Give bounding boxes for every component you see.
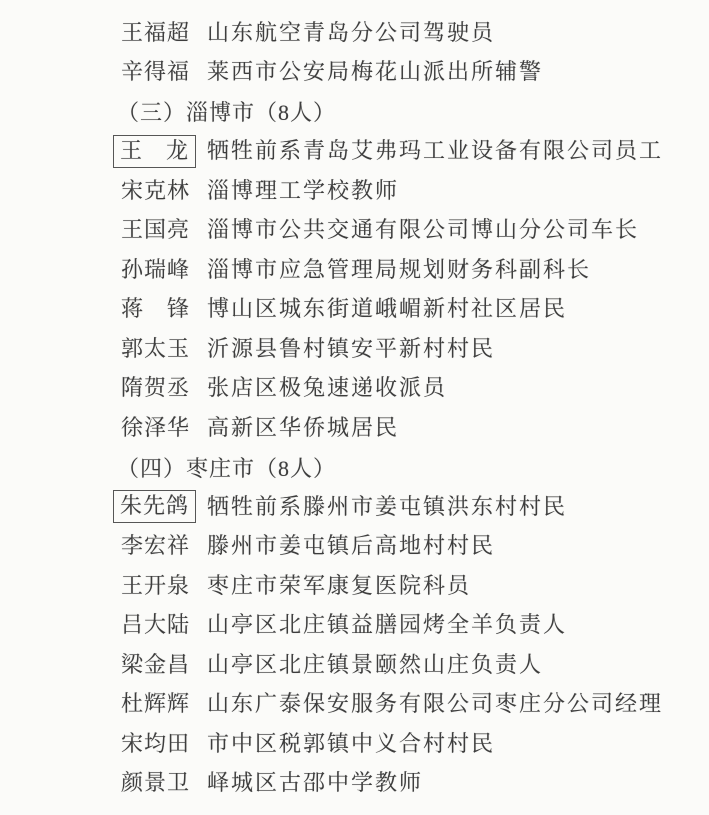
person-name: 王开泉 xyxy=(121,573,190,599)
roster-row: 王开泉 枣庄市荣军康复医院科员 xyxy=(0,566,709,606)
person-name: 杜辉辉 xyxy=(121,691,190,717)
person-name-cell: 杜辉辉 xyxy=(121,691,197,717)
roster-row: 徐泽华 高新区华侨城居民 xyxy=(0,408,709,448)
person-name-cell: 蒋 锋 xyxy=(121,296,197,322)
person-name: 王 龙 xyxy=(113,135,196,168)
person-name-cell: 隋贺丞 xyxy=(121,375,197,401)
person-name: 徐泽华 xyxy=(121,415,190,441)
person-name-cell: 颜景卫 xyxy=(121,770,197,796)
person-description: 牺牲前系青岛艾弗玛工业设备有限公司员工 xyxy=(207,138,663,164)
person-name: 宋克林 xyxy=(121,178,190,204)
person-name-cell: 梁金昌 xyxy=(121,652,197,678)
person-description: 淄博市应急管理局规划财务科副科长 xyxy=(207,257,591,283)
person-description: 山东广泰保安服务有限公司枣庄分公司经理 xyxy=(207,691,663,717)
person-name-cell: 辛得福 xyxy=(121,59,197,85)
section-heading-row: （三）淄博市（8人） xyxy=(0,92,709,132)
roster-row: 蒋 锋 博山区城东街道峨嵋新村社区居民 xyxy=(0,290,709,330)
person-description: 山亭区北庄镇益膳园烤全羊负责人 xyxy=(207,612,567,638)
roster-row: 李宏祥 滕州市姜屯镇后高地村村民 xyxy=(0,527,709,567)
person-name: 孙瑞峰 xyxy=(121,257,190,283)
roster-row: 隋贺丞 张店区极兔速递收派员 xyxy=(0,369,709,409)
roster-row: 王福超 山东航空青岛分公司驾驶员 xyxy=(0,13,709,53)
person-description: 张店区极兔速递收派员 xyxy=(207,375,447,401)
section-heading-row: （四）枣庄市（8人） xyxy=(0,448,709,488)
person-name-cell: 王 龙 xyxy=(121,135,197,168)
roster-row: 孙瑞峰 淄博市应急管理局规划财务科副科长 xyxy=(0,250,709,290)
person-name: 李宏祥 xyxy=(121,533,190,559)
roster-row: 梁金昌 山亭区北庄镇景颐然山庄负责人 xyxy=(0,645,709,685)
person-name: 王福超 xyxy=(121,20,190,46)
person-description: 莱西市公安局梅花山派出所辅警 xyxy=(207,59,543,85)
person-name-cell: 徐泽华 xyxy=(121,415,197,441)
section-label: （四）枣庄市（8人） xyxy=(117,452,336,483)
person-name: 蒋 锋 xyxy=(121,296,190,322)
person-name-cell: 郭太玉 xyxy=(121,336,197,362)
person-name: 朱先鸽 xyxy=(113,490,196,523)
person-description: 淄博理工学校教师 xyxy=(207,178,399,204)
roster-row: 朱先鸽 牺牲前系滕州市姜屯镇洪东村村民 xyxy=(0,487,709,527)
person-name: 王国亮 xyxy=(121,217,190,243)
roster-row: 颜景卫 峄城区古邵中学教师 xyxy=(0,764,709,804)
person-name-cell: 朱先鸽 xyxy=(121,490,197,523)
person-name-cell: 宋克林 xyxy=(121,178,197,204)
roster-row: 郭太玉 沂源县鲁村镇安平新村村民 xyxy=(0,329,709,369)
person-name: 宋均田 xyxy=(121,731,190,757)
person-description: 淄博市公共交通有限公司博山分公司车长 xyxy=(207,217,639,243)
person-name-cell: 王开泉 xyxy=(121,573,197,599)
roster-row: 宋克林 淄博理工学校教师 xyxy=(0,171,709,211)
roster-row: 王国亮 淄博市公共交通有限公司博山分公司车长 xyxy=(0,211,709,251)
person-name: 吕大陆 xyxy=(121,612,190,638)
roster-row: 辛得福 莱西市公安局梅花山派出所辅警 xyxy=(0,53,709,93)
person-name: 隋贺丞 xyxy=(121,375,190,401)
roster-row: 宋均田 市中区税郭镇中义合村村民 xyxy=(0,724,709,764)
person-description: 滕州市姜屯镇后高地村村民 xyxy=(207,533,495,559)
person-description: 峄城区古邵中学教师 xyxy=(207,770,423,796)
person-description: 沂源县鲁村镇安平新村村民 xyxy=(207,336,495,362)
person-name-cell: 吕大陆 xyxy=(121,612,197,638)
person-name: 郭太玉 xyxy=(121,336,190,362)
person-name: 颜景卫 xyxy=(121,770,190,796)
person-name-cell: 李宏祥 xyxy=(121,533,197,559)
person-name-cell: 孙瑞峰 xyxy=(121,257,197,283)
person-name-cell: 王福超 xyxy=(121,20,197,46)
roster-row: 杜辉辉 山东广泰保安服务有限公司枣庄分公司经理 xyxy=(0,685,709,725)
roster-list: 王福超 山东航空青岛分公司驾驶员 辛得福 莱西市公安局梅花山派出所辅警 （三）淄… xyxy=(0,13,709,803)
person-description: 山东航空青岛分公司驾驶员 xyxy=(207,20,495,46)
person-description: 枣庄市荣军康复医院科员 xyxy=(207,573,471,599)
person-description: 博山区城东街道峨嵋新村社区居民 xyxy=(207,296,567,322)
section-label: （三）淄博市（8人） xyxy=(117,96,336,127)
person-name-cell: 宋均田 xyxy=(121,731,197,757)
person-name-cell: 王国亮 xyxy=(121,217,197,243)
person-description: 牺牲前系滕州市姜屯镇洪东村村民 xyxy=(207,494,567,520)
person-name: 梁金昌 xyxy=(121,652,190,678)
roster-row: 王 龙 牺牲前系青岛艾弗玛工业设备有限公司员工 xyxy=(0,132,709,172)
document-page: 王福超 山东航空青岛分公司驾驶员 辛得福 莱西市公安局梅花山派出所辅警 （三）淄… xyxy=(0,0,709,815)
person-name: 辛得福 xyxy=(121,59,190,85)
roster-row: 吕大陆 山亭区北庄镇益膳园烤全羊负责人 xyxy=(0,606,709,646)
person-description: 高新区华侨城居民 xyxy=(207,415,399,441)
person-description: 山亭区北庄镇景颐然山庄负责人 xyxy=(207,652,543,678)
person-description: 市中区税郭镇中义合村村民 xyxy=(207,731,495,757)
